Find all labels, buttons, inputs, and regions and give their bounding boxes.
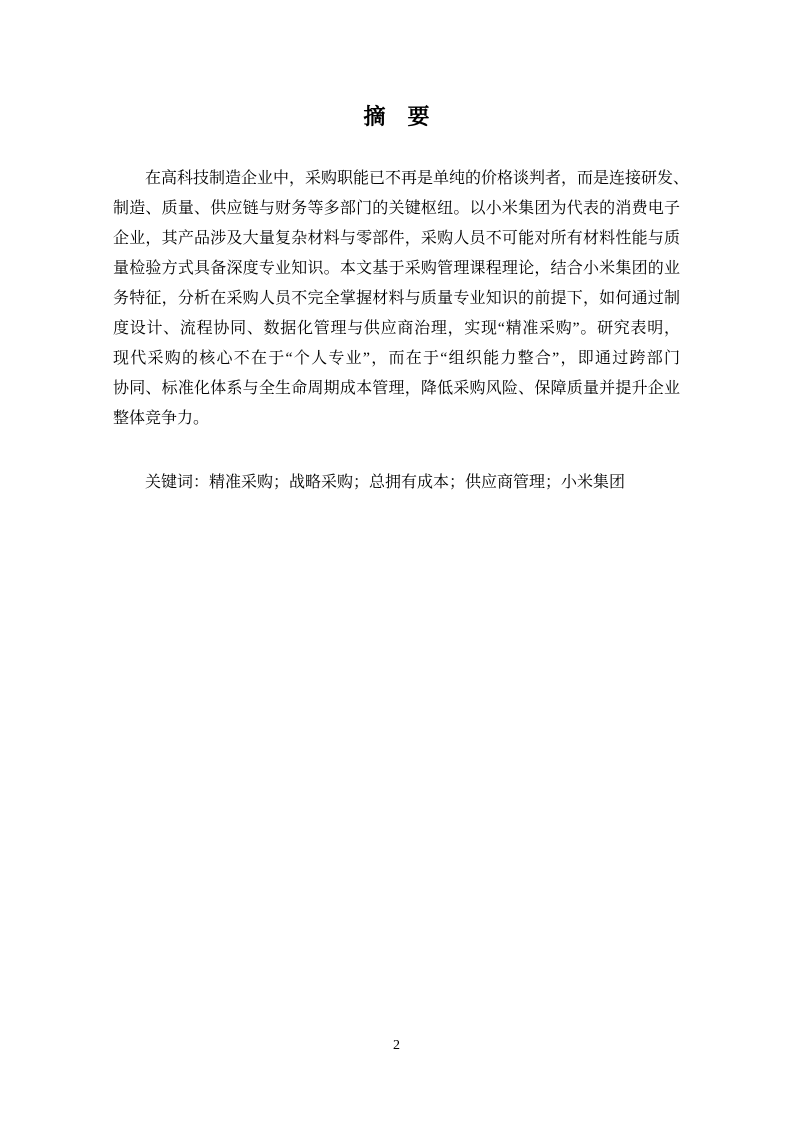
abstract-line: 务特征，分析在采购人员不完全掌握材料与质量专业知识的前提下，如何通过制 <box>113 284 680 314</box>
abstract-line: 现代采购的核心不在于“个人专业”，而在于“组织能力整合”，即通过跨部门 <box>113 344 680 374</box>
abstract-line: 在高科技制造企业中，采购职能已不再是单纯的价格谈判者，而是连接研发、 <box>113 164 680 194</box>
page-title: 摘 要 <box>0 0 793 132</box>
document-page: 摘 要 在高科技制造企业中，采购职能已不再是单纯的价格谈判者，而是连接研发、 制… <box>0 0 793 1122</box>
abstract-line: 度设计、流程协同、数据化管理与供应商治理，实现“精准采购”。研究表明， <box>113 314 680 344</box>
abstract-line: 整体竞争力。 <box>113 404 680 434</box>
abstract-line: 制造、质量、供应链与财务等多部门的关键枢纽。以小米集团为代表的消费电子 <box>113 194 680 224</box>
abstract-line: 量检验方式具备深度专业知识。本文基于采购管理课程理论，结合小米集团的业 <box>113 254 680 284</box>
page-number: 2 <box>0 1036 793 1056</box>
abstract-paragraph: 在高科技制造企业中，采购职能已不再是单纯的价格谈判者，而是连接研发、 制造、质量… <box>113 164 680 434</box>
abstract-line: 企业，其产品涉及大量复杂材料与零部件，采购人员不可能对所有材料性能与质 <box>113 224 680 254</box>
abstract-line: 协同、标准化体系与全生命周期成本管理，降低采购风险、保障质量并提升企业 <box>113 374 680 404</box>
keywords-line: 关键词：精准采购；战略采购；总拥有成本；供应商管理；小米集团 <box>113 468 680 498</box>
